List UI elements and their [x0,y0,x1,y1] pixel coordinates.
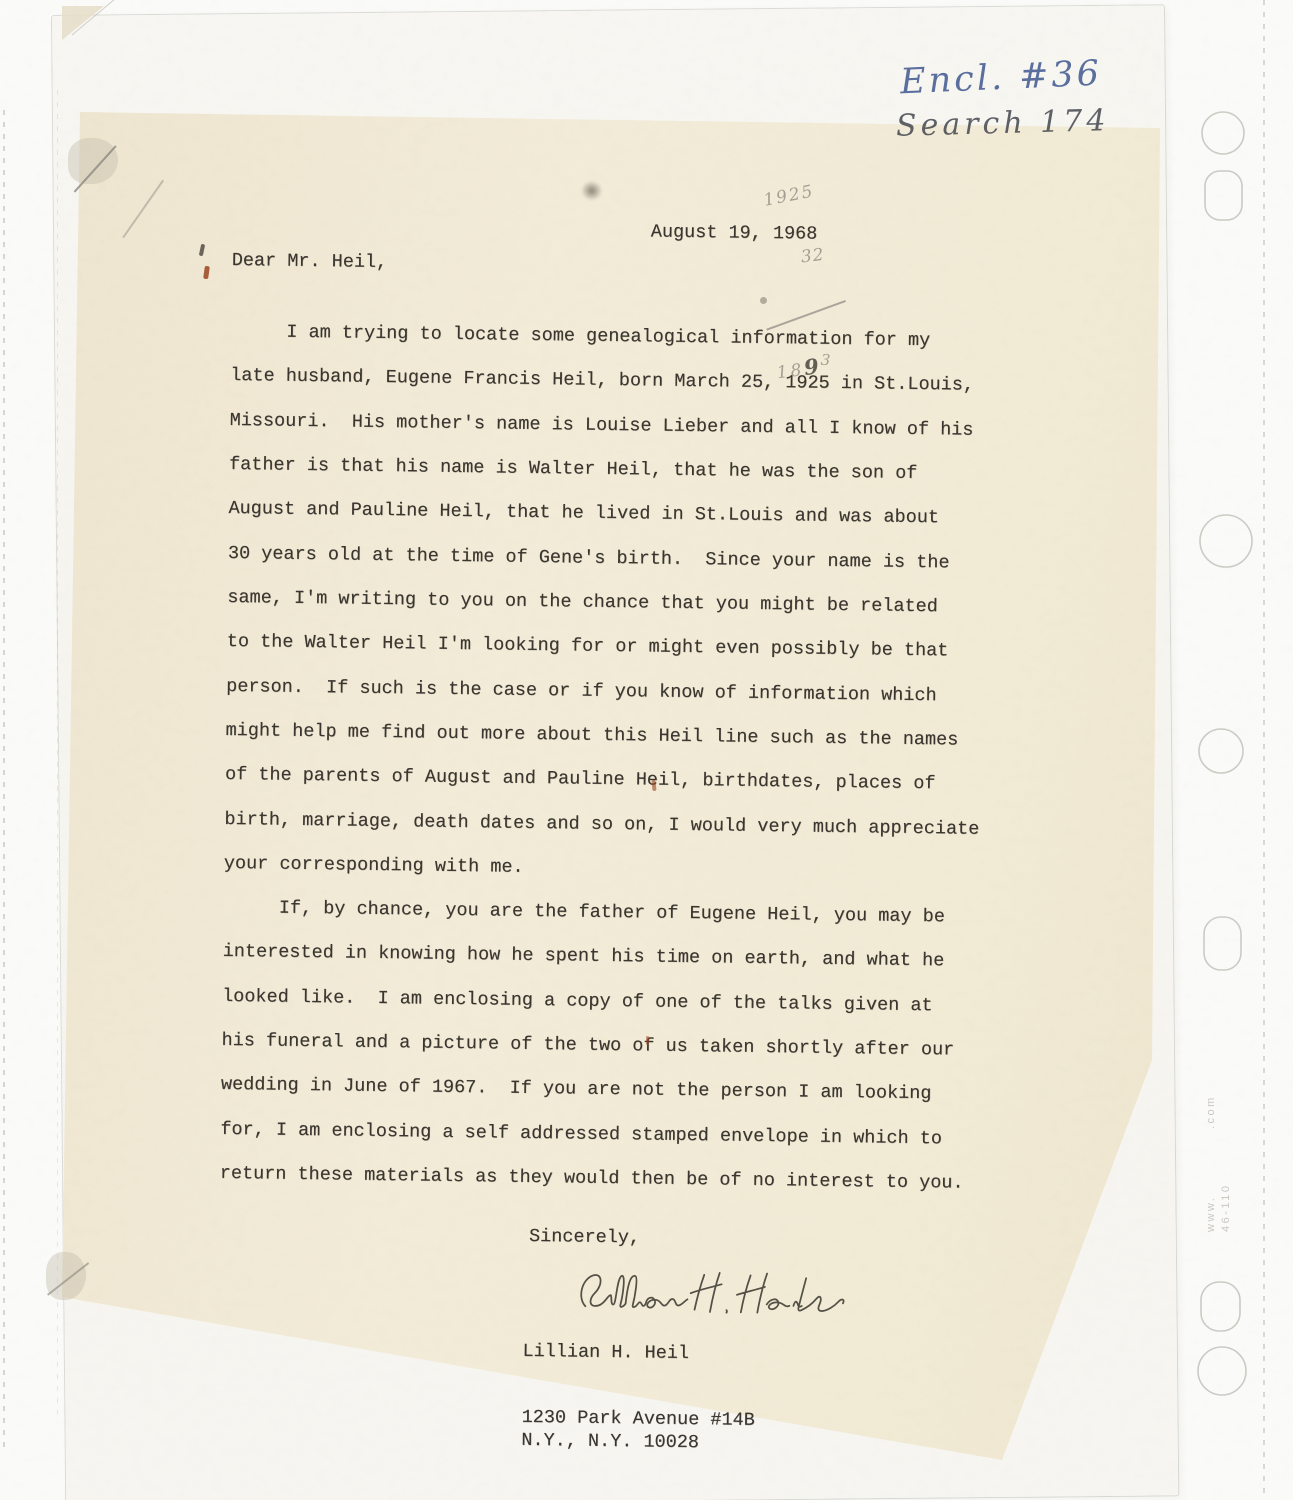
letter-paragraph-1: I am trying to locate some genealogical … [224,310,986,896]
pencil-result: 1893 [773,350,861,384]
left-perforation-line [3,110,5,1450]
ink-smudge [577,177,607,205]
handwritten-signature [508,1236,785,1302]
rust-speck [646,1036,649,1045]
ink-speck [760,297,767,304]
binder-hole [1204,917,1241,970]
text-line: N.Y., N.Y. 10028 [521,1430,754,1455]
text-line: 1230 Park Avenue #14B [521,1407,754,1432]
letter-salutation: Dear Mr. Heil, [232,250,388,273]
pencil-underline [766,300,845,330]
text-line: www. .com [1204,982,1219,1232]
binder-hole [1205,171,1242,220]
binder-hole [1200,515,1252,567]
typed-signature-block: Lillian H. Heil 1230 Park Avenue #14BN.Y… [521,1296,757,1500]
pencil-minuend: 1925 [752,177,840,214]
binder-hole [1199,729,1243,773]
binder-holes [1170,0,1293,1500]
letter-paragraph-2: If, by chance, you are the father of Eug… [220,886,968,1206]
pencil-result-suffix: 3 [820,349,834,371]
letter-content: August 19, 1968 Dear Mr. Heil, I am tryi… [230,166,1023,428]
binder-hole [1202,112,1244,154]
scanned-letter-page: www. .com46-110 August 19, 1968 Dear Mr.… [0,0,1293,1500]
left-crease-line [57,90,58,1420]
binder-hole [1201,1282,1240,1331]
sleeve-edge-marking: www. .com46-110 [1204,982,1234,1232]
handwritten-search-note: Search 174 [896,103,1110,144]
sender-address: 1230 Park Avenue #14BN.Y., N.Y. 10028 [521,1407,755,1455]
pencil-result-prefix: 18 [776,360,806,383]
typed-signature-name: Lillian H. Heil [522,1340,755,1365]
pencil-subtrahend: 32 [760,242,848,273]
binder-hole [1198,1347,1246,1395]
text-line: 46-110 [1219,982,1234,1232]
